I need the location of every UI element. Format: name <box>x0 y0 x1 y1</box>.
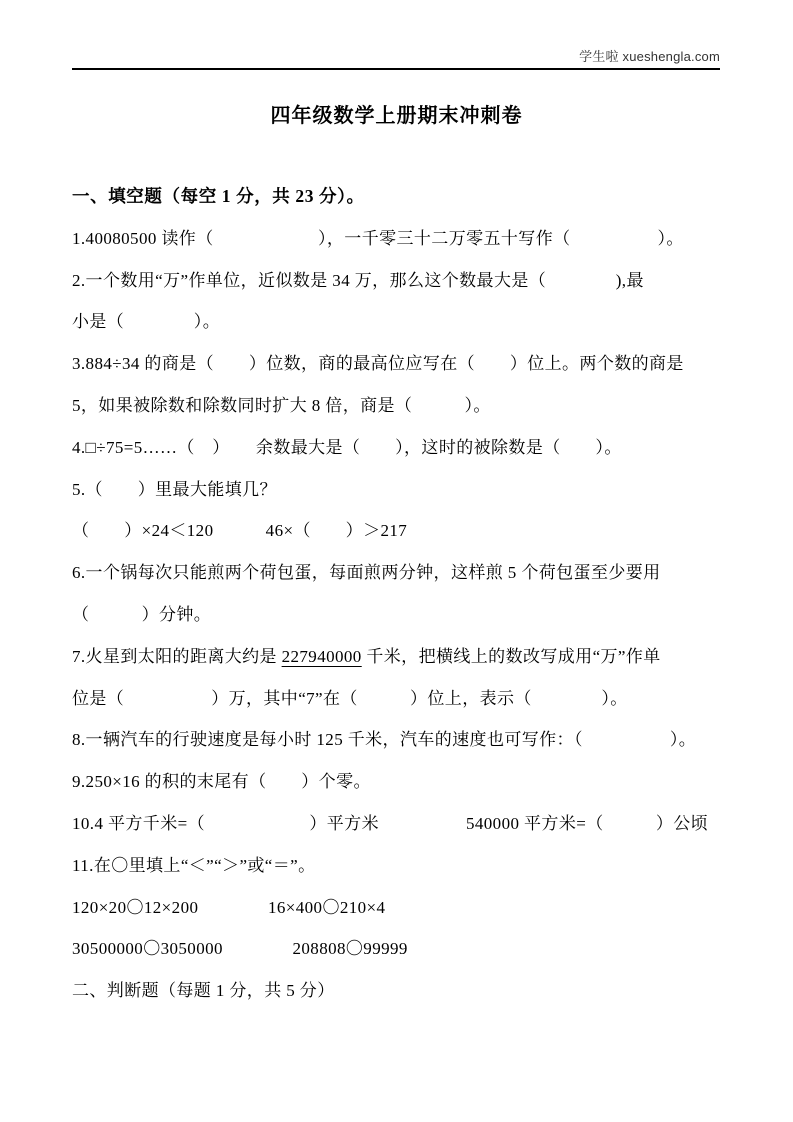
question-7-suffix: 千米，把横线上的数改写成用“万”作单 <box>362 647 661 666</box>
question-1: 1.40080500 读作（ ），一千零三十二万零五十写作（ ）。 <box>72 218 753 260</box>
site-watermark: 学生啦 xueshengla.com <box>579 49 720 64</box>
question-7-line-1: 7.火星到太阳的距离大约是 227940000 千米，把横线上的数改写成用“万”… <box>72 636 753 678</box>
section-2-heading: 二、判断题（每题 1 分，共 5 分） <box>72 970 753 1012</box>
question-2-line-2: 小是（ ）。 <box>72 301 753 343</box>
question-8: 8.一辆汽车的行驶速度是每小时 125 千米，汽车的速度也可写作：（ ）。 <box>72 719 753 761</box>
question-5-line-1: 5.（ ）里最大能填几？ <box>72 469 753 511</box>
worksheet-body: 一、填空题（每空 1 分，共 23 分）。 1.40080500 读作（ ），一… <box>72 176 753 1012</box>
question-11-line-1: 11.在〇里填上“＜”“＞”或“＝”。 <box>72 845 753 887</box>
question-3-line-2: 5，如果被除数和除数同时扩大 8 倍，商是（ ）。 <box>72 385 753 427</box>
page-header: 学生啦 xueshengla.com <box>72 46 720 70</box>
question-4: 4.□÷75=5……（ ） 余数最大是（ ），这时的被除数是（ ）。 <box>72 427 753 469</box>
question-3-line-1: 3.884÷34 的商是（ ）位数，商的最高位应写在（ ）位上。两个数的商是 <box>72 343 753 385</box>
question-9: 9.250×16 的积的末尾有（ ）个零。 <box>72 761 753 803</box>
underlined-number: 227940000 <box>282 647 362 666</box>
question-11-line-2: 120×20〇12×200 16×400〇210×4 <box>72 887 753 929</box>
question-7-line-2: 位是（ ）万，其中“7”在（ ）位上，表示（ ）。 <box>72 678 753 720</box>
section-1-heading: 一、填空题（每空 1 分，共 23 分）。 <box>72 176 753 218</box>
question-11-line-3: 30500000〇3050000 208808〇99999 <box>72 928 753 970</box>
page-title: 四年级数学上册期末冲刺卷 <box>0 99 793 128</box>
question-2-line-1: 2.一个数用“万”作单位，近似数是 34 万，那么这个数最大是（ ),最 <box>72 260 753 302</box>
question-7-prefix: 7.火星到太阳的距离大约是 <box>72 647 282 666</box>
question-6-line-1: 6.一个锅每次只能煎两个荷包蛋，每面煎两分钟，这样煎 5 个荷包蛋至少要用 <box>72 552 753 594</box>
worksheet-page: 学生啦 xueshengla.com 四年级数学上册期末冲刺卷 一、填空题（每空… <box>0 0 793 1122</box>
question-5-line-2: （ ）×24＜120 46×（ ）＞217 <box>72 510 753 552</box>
question-10: 10.4 平方千米=（ ）平方米 540000 平方米=（ ）公顷 <box>72 803 753 845</box>
question-6-line-2: （ ）分钟。 <box>72 594 753 636</box>
